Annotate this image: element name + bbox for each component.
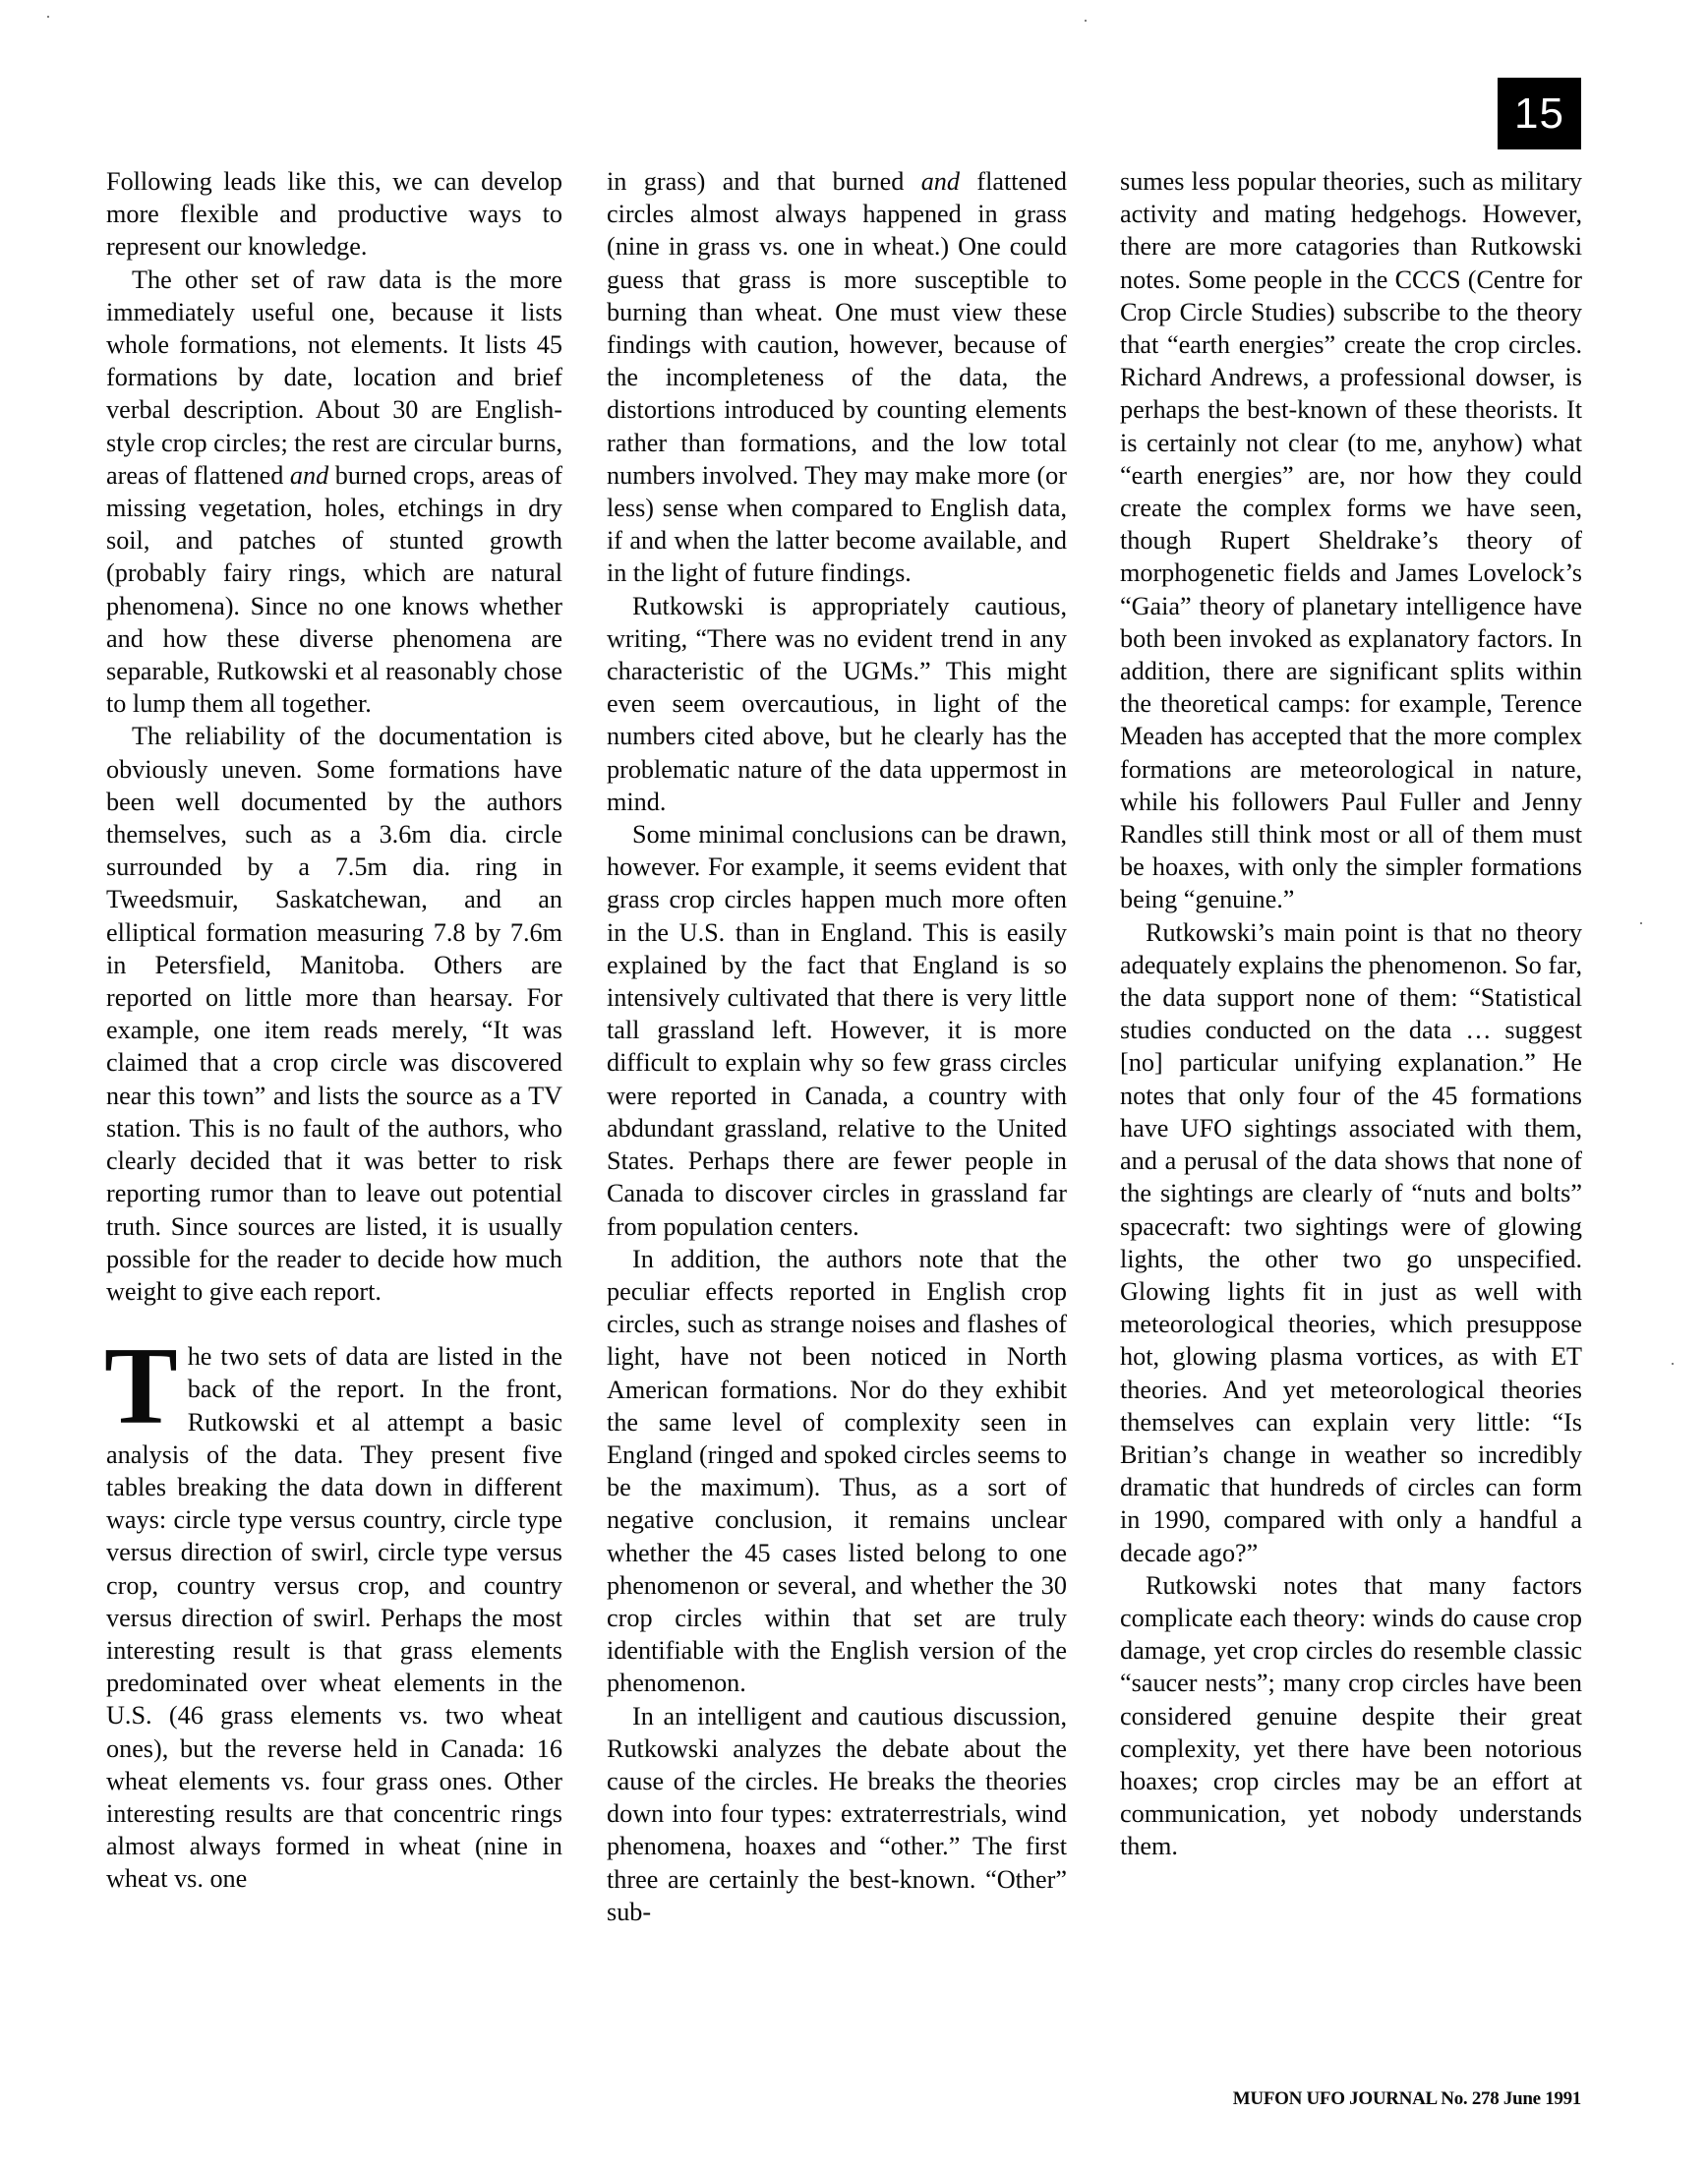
- scan-artifact: [1672, 1363, 1674, 1365]
- paragraph: In addition, the authors note that the p…: [607, 1243, 1067, 1700]
- paragraph: Rutkowski’s main point is that no theory…: [1120, 916, 1582, 1569]
- paragraph-text: flattened circles almost always happened…: [607, 167, 1067, 587]
- article-column-right: sumes less popular theories, such as mil…: [1120, 165, 1582, 1863]
- paragraph-text: in grass) and that burned: [607, 167, 921, 196]
- paragraph: sumes less popular theories, such as mil…: [1120, 165, 1582, 916]
- page-number-badge: 15: [1498, 78, 1581, 149]
- drop-cap: T: [104, 1344, 178, 1435]
- paragraph: In an intelligent and cautious discussio…: [607, 1700, 1067, 1928]
- paragraph: Following leads like this, we can develo…: [106, 165, 562, 264]
- paragraph: Rutkowski notes that many factors compli…: [1120, 1569, 1582, 1863]
- paragraph: Some minimal conclusions can be drawn, h…: [607, 818, 1067, 1243]
- scan-artifact: [1085, 20, 1087, 22]
- italic-emphasis: and: [290, 461, 328, 490]
- article-column-left: Following leads like this, we can develo…: [106, 165, 562, 1896]
- paragraph: in grass) and that burned and flattened …: [607, 165, 1067, 590]
- article-column-middle: in grass) and that burned and flattened …: [607, 165, 1067, 1928]
- paragraph: Rutkowski is appropriately cautious, wri…: [607, 590, 1067, 818]
- paragraph: The other set of raw data is the more im…: [106, 264, 562, 721]
- italic-emphasis: and: [921, 167, 960, 196]
- journal-footer: MUFON UFO JOURNAL No. 278 June 1991: [1233, 2088, 1581, 2110]
- paragraph-text: The other set of raw data is the more im…: [106, 265, 562, 490]
- section-start-paragraph: The two sets of data are listed in the b…: [106, 1340, 562, 1895]
- paragraph: The reliability of the documentation is …: [106, 720, 562, 1308]
- scan-artifact: [1640, 922, 1642, 924]
- paragraph-text: burned crops, areas of missing vegetatio…: [106, 461, 562, 718]
- scan-artifact: [47, 16, 49, 18]
